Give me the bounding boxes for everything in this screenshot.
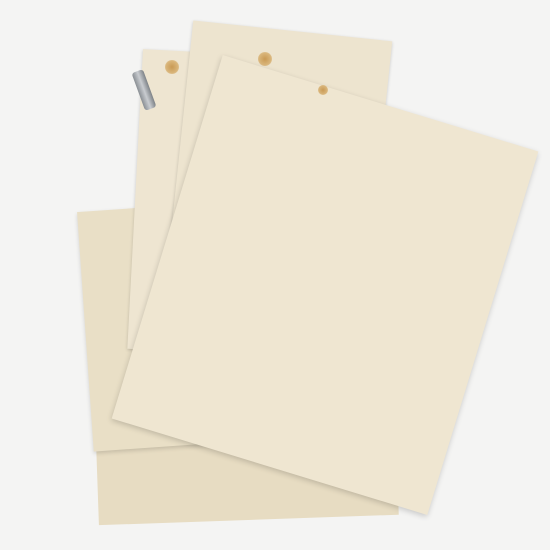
pin-icon [165, 60, 179, 74]
pin-icon [318, 85, 328, 95]
pin-icon [258, 52, 272, 66]
photo-scene [0, 0, 550, 550]
